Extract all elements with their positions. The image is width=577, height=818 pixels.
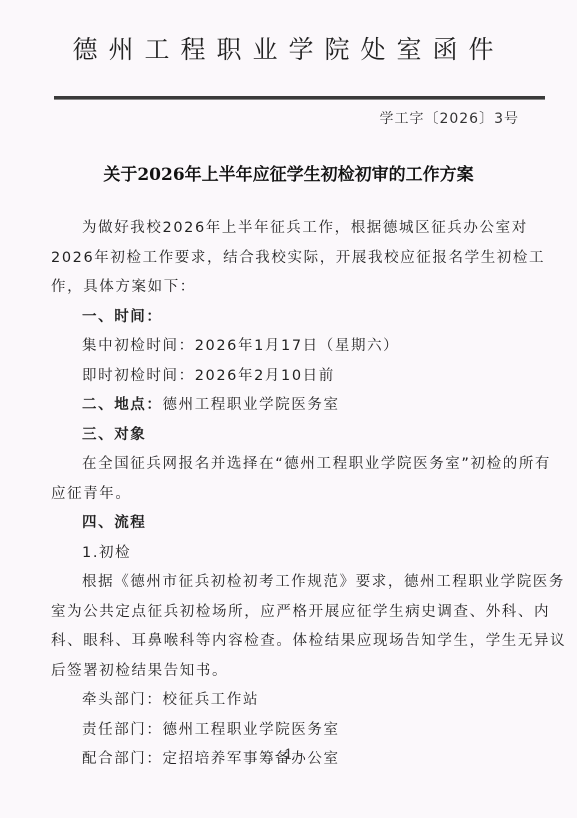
target-paragraph: 在全国征兵网报名并选择在“德州工程职业学院医务室”初检的所有应征青年。 (51, 450, 567, 509)
section-location: 二、地点：德州工程职业学院医务室 (51, 391, 567, 421)
section-heading-process: 四、流程 (51, 509, 567, 539)
subheading-initial-check: 1.初检 (51, 539, 567, 569)
time-line-centralized: 集中初检时间：2026年1月17日（星期六） (51, 332, 567, 362)
document-title: 关于2026年上半年应征学生初检初审的工作方案 (0, 160, 577, 185)
location-value: 德州工程职业学院医务室 (163, 397, 340, 413)
document-page: 德州工程职业学院处室函件 学工字〔2026〕3号 关于2026年上半年应征学生初… (0, 0, 577, 818)
intro-paragraph: 为做好我校2026年上半年征兵工作，根据德城区征兵办公室对2026年初检工作要求… (51, 214, 567, 303)
responsible-department: 责任部门：德州工程职业学院医务室 (51, 716, 567, 746)
lead-department: 牵头部门：校征兵工作站 (51, 686, 567, 716)
masthead: 德州工程职业学院处室函件 (0, 30, 577, 66)
process-paragraph: 根据《德州市征兵初检初考工作规范》要求，德州工程职业学院医务室为公共定点征兵初检… (51, 568, 567, 686)
document-body: 为做好我校2026年上半年征兵工作，根据德城区征兵办公室对2026年初检工作要求… (51, 214, 567, 775)
page-number: - 1 - (0, 747, 577, 763)
header-rule (54, 96, 545, 100)
time-line-immediate: 即时初检时间：2026年2月10日前 (51, 362, 567, 392)
section-heading-target: 三、对象 (51, 421, 567, 451)
section-heading-location: 二、地点： (82, 397, 163, 413)
section-heading-time: 一、时间： (51, 303, 567, 333)
document-number: 学工字〔2026〕3号 (379, 108, 519, 128)
